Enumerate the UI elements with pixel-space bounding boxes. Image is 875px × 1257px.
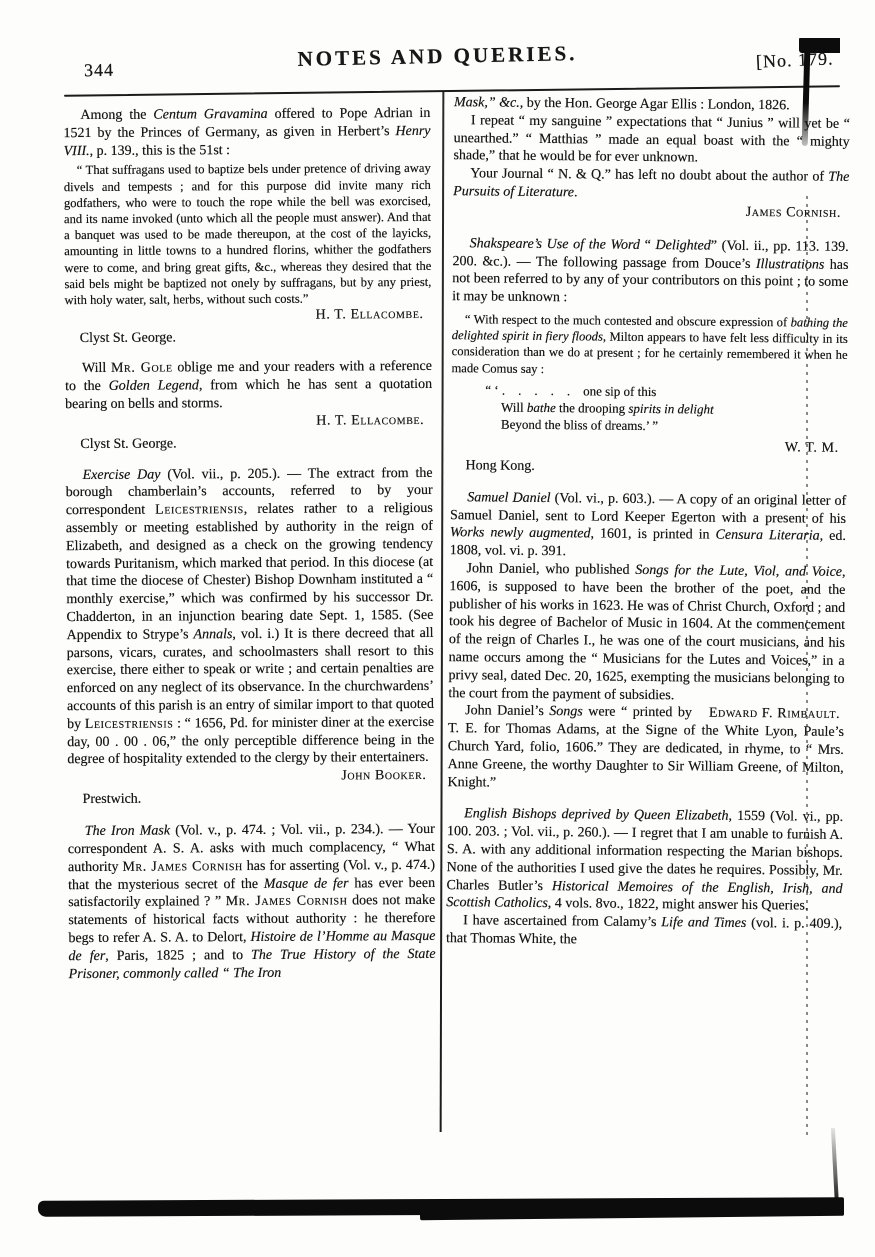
scan-gutter-dots [806,196,808,1136]
right-column: Mask,” &c., by the Hon. George Agar Elli… [446,94,850,951]
place-line: Clyst St. George. [65,433,432,453]
article-paragraph: I repeat “ my sanguine ” expectations th… [453,112,849,169]
article-paragraph: Your Journal “ N. & Q.” has left no doub… [453,165,849,204]
article-paragraph: John Daniel, who published Songs for the… [448,560,845,706]
verse-block: “ ‘ . . . . . one sip of thisWill bathe … [501,381,847,435]
scan-edge-artifact [831,1128,839,1208]
article-paragraph: English Bishops deprived by Queen Elizab… [446,805,843,916]
signature: John Booker. [67,767,434,787]
quote-block: “ That suffragans used to baptize bels u… [64,160,432,308]
article-paragraph: Samuel Daniel (Vol. vi., p. 603.). — A c… [450,489,847,564]
article-paragraph: Exercise Day (Vol. vii., p. 205.). — The… [66,464,435,769]
signature: James Cornish. [453,201,849,223]
place-line: Clyst St. George. [65,328,432,348]
signature: H. T. Ellacombe. [65,306,432,326]
signature: Edward F. Rimbault. [692,705,844,724]
article-paragraph: The Iron Mask (Vol. v., p. 474. ; Vol. v… [68,821,436,983]
left-column: Among the Centum Gravamina offered to Po… [63,101,435,984]
header-rule [64,85,840,96]
signature: H. T. Ellacombe. [65,411,432,431]
signature: W. T. M. [451,436,847,458]
place-line: Prestwich. [68,789,435,809]
article-paragraph: Will Mr. Gole oblige me and your readers… [65,358,432,414]
quote-block: “ With respect to the much contested and… [451,311,848,380]
article-paragraph: Edward F. Rimbault.John Daniel’s Songs w… [447,702,844,795]
scanned-page: 344 NOTES AND QUERIES. [No. 179. Among t… [0,0,875,1257]
article-paragraph: Among the Centum Gravamina offered to Po… [63,105,430,161]
article-paragraph: Shakspeare’s Use of the Word “ Delighted… [452,235,849,310]
article-paragraph: I have ascertained from Calamy’s Life an… [446,912,842,951]
journal-title: NOTES AND QUERIES. [0,35,875,78]
column-divider [440,92,445,1132]
place-line: Hong Kong. [450,457,846,479]
